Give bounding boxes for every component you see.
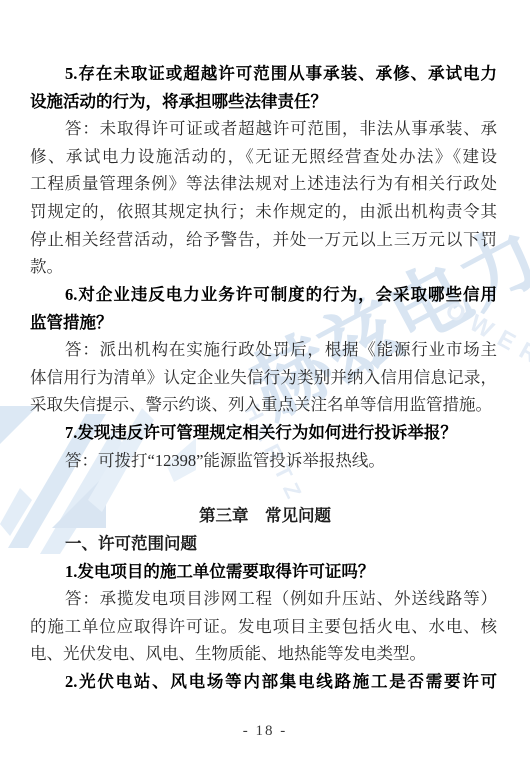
a5-line-5: 停止相关经营活动，给予警告，并处一万元以上三万元以下罚 [30,228,497,252]
q6-line-2: 监管措施？ [30,311,497,335]
a5-line-4: 罚规定的，依照其规定执行；未作规定的，由派出机构责令其 [30,200,497,224]
a6-line-3: 采取失信提示、警示约谈、列入重点关注名单等信用监管措施。 [30,393,497,417]
q7-line: 7.发现违反许可管理规定相关行为如何进行投诉举报？ [30,421,497,445]
a5-line-2: 修、承试电力设施活动的，《无证无照经营查处办法》《建设 [30,145,497,169]
document-page: 赫兹电力 HERTZ POWER 5.存在未取证或超越许可范围从事承装、承修、承… [0,0,530,767]
a5-line-3: 工程质量管理条例》等法律法规对上述违法行为有相关行政处 [30,172,497,196]
section-heading: 一、许可范围问题 [30,532,497,556]
a6-line-1: 答：派出机构在实施行政处罚后，根据《能源行业市场主 [30,338,497,362]
a1-line-1: 答：承揽发电项目涉网工程（例如升压站、外送线路等） [30,587,497,611]
a5-line-6: 款。 [30,255,497,279]
document-text: 5.存在未取证或超越许可范围从事承装、承修、承试电力 设施活动的行为，将承担哪些… [0,0,530,767]
a6-line-2: 体信用行为清单》认定企业失信行为类别并纳入信用信息记录， [30,366,497,390]
a1-line-2: 的施工单位应取得许可证。发电项目主要包括火电、水电、核 [30,615,497,639]
a5-line-1: 答：未取得许可证或者超越许可范围，非法从事承装、承 [30,117,497,141]
page-number: - 18 - [0,723,530,740]
q2-line: 2.光伏电站、风电场等内部集电线路施工是否需要许可 [30,670,497,694]
chapter-heading: 第三章 常见问题 [0,504,530,528]
a7-line: 答：可拨打“12398”能源监管投诉举报热线。 [30,449,497,473]
q1-line: 1.发电项目的施工单位需要取得许可证吗？ [30,560,497,584]
q6-line-1: 6.对企业违反电力业务许可制度的行为，会采取哪些信用 [30,283,497,307]
a1-line-3: 电、光伏发电、风电、生物质能、地热能等发电类型。 [30,642,497,666]
q5-line-1: 5.存在未取证或超越许可范围从事承装、承修、承试电力 [30,62,497,86]
q5-line-2: 设施活动的行为，将承担哪些法律责任？ [30,90,497,114]
